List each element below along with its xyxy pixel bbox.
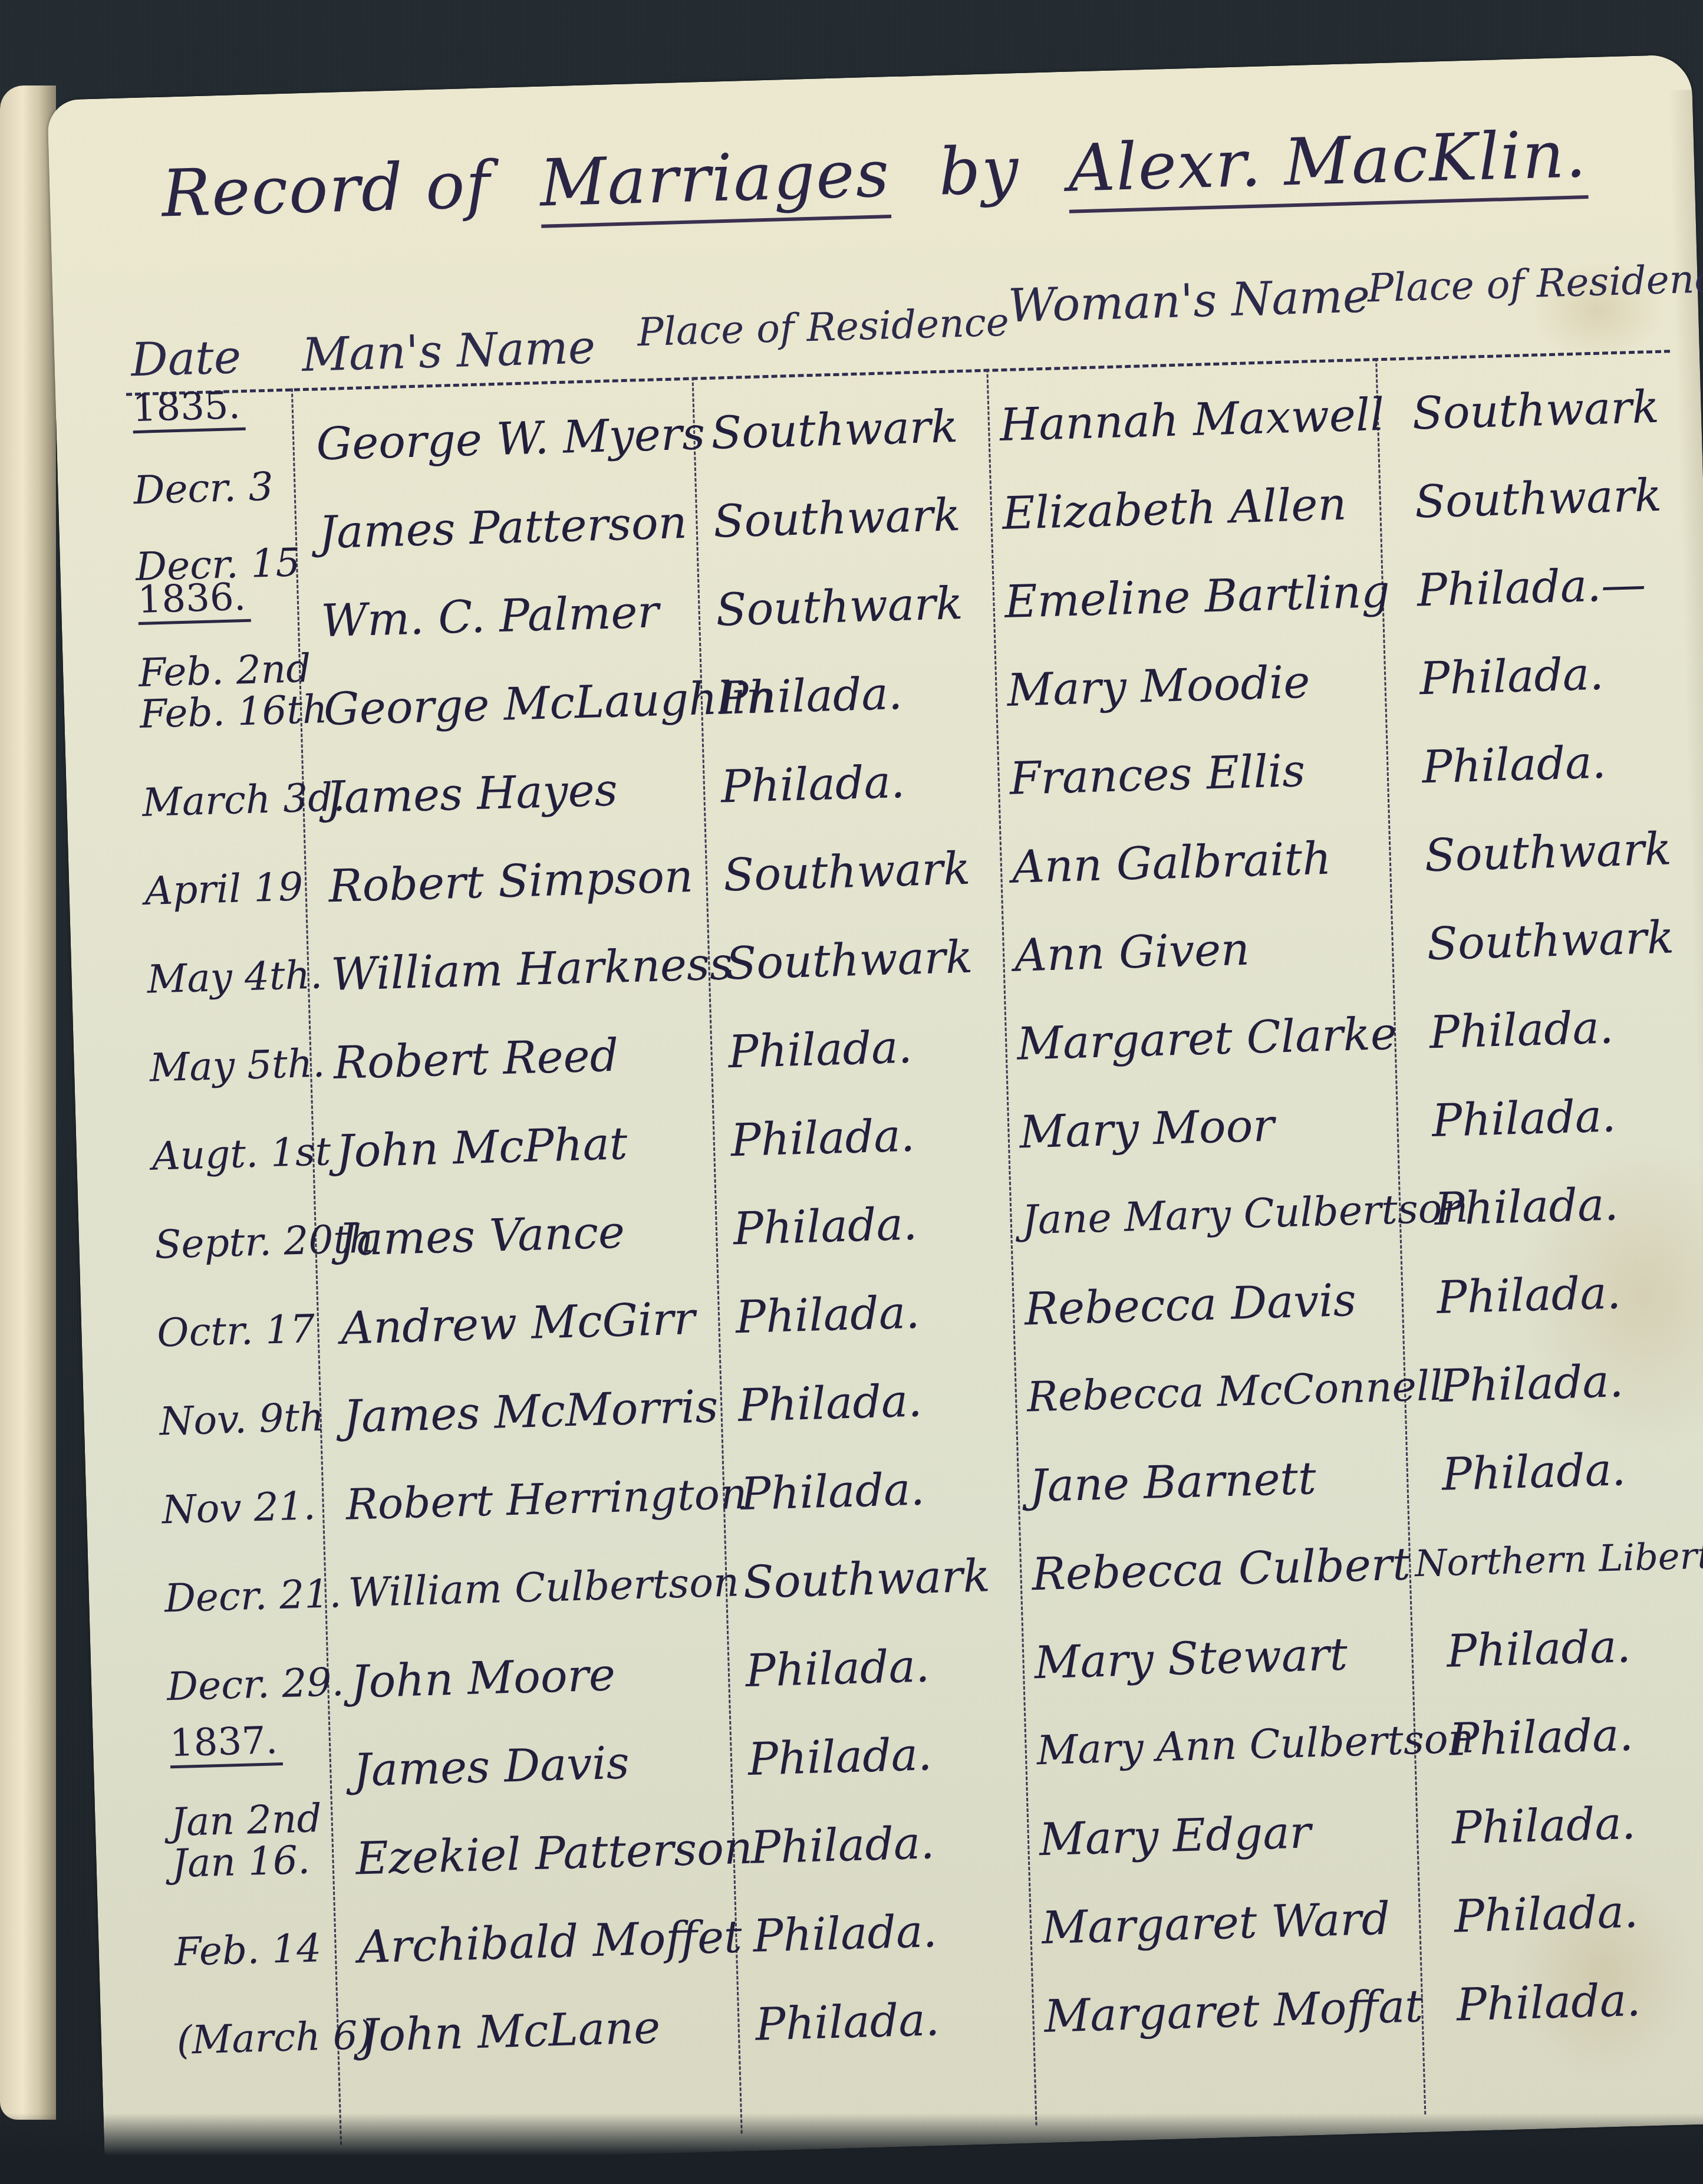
- record-man-residence: Philada.: [736, 1972, 1039, 2068]
- record-date: April 19: [139, 842, 305, 935]
- header-mans-name: Man's Name: [301, 321, 596, 382]
- record-man-residence: Philada.: [700, 646, 1003, 742]
- record-date: Feb. 16th: [134, 666, 300, 759]
- book-bottom-edge: [0, 2113, 1703, 2184]
- record-man-residence: Philada.: [722, 1442, 1025, 1538]
- record-woman-residence: Philada.: [1401, 1244, 1703, 1342]
- record-woman-name: Rebecca McConnell: [1014, 1343, 1405, 1442]
- title-record-of: Record of: [161, 147, 492, 232]
- record-woman-residence: Philada.: [1403, 1333, 1703, 1430]
- record-woman-residence: Philada.: [1383, 626, 1703, 723]
- record-woman-residence: Southwark: [1378, 449, 1703, 547]
- record-woman-name: Jane Mary Culbertson: [1009, 1166, 1401, 1265]
- record-man-name: John McPhat: [323, 1096, 714, 1195]
- record-woman-residence: Philada.: [1395, 1068, 1703, 1166]
- header-man-residence: Place of Residence: [637, 300, 1009, 356]
- record-date: Octr. 17: [151, 1284, 317, 1377]
- record-date: Jan 16.: [166, 1815, 332, 1908]
- record-man-name: John Moore: [338, 1627, 729, 1726]
- record-woman-name: Mary Moor: [1006, 1077, 1398, 1176]
- record-woman-name: Margaret Ward: [1029, 1873, 1420, 1972]
- record-woman-residence: Philada.—: [1381, 537, 1703, 635]
- record-woman-name: Mary Edgar: [1026, 1784, 1418, 1883]
- record-woman-name: Rebecca Davis: [1012, 1254, 1403, 1353]
- record-woman-name: Mary Ann Culbertson: [1024, 1696, 1415, 1795]
- record-woman-residence: Philada.: [1405, 1421, 1703, 1519]
- record-man-residence: Southwark: [724, 1530, 1027, 1627]
- record-date: Decr. 21.: [159, 1550, 325, 1643]
- record-woman-residence: Philada.: [1410, 1598, 1703, 1696]
- record-man-name: Archibald Moffet: [345, 1892, 737, 1991]
- record-woman-residence: Philada.: [1412, 1686, 1703, 1784]
- record-man-residence: Philada.: [732, 1795, 1035, 1892]
- record-woman-name: Ann Galbraith: [999, 812, 1391, 911]
- record-man-residence: Philada.: [712, 1088, 1015, 1185]
- record-man-name: James Vance: [325, 1185, 717, 1284]
- record-date: March 3d.: [136, 754, 302, 847]
- record-woman-residence: Southwark: [1388, 802, 1703, 900]
- record-date: Augt. 1st: [146, 1107, 312, 1200]
- record-date: May 4th.: [141, 930, 308, 1024]
- record-woman-residence: Southwark: [1391, 891, 1703, 989]
- record-date: Decr. 29.: [161, 1638, 327, 1731]
- record-man-name: James Davis: [340, 1715, 732, 1814]
- record-man-name: James Patterson: [306, 478, 697, 577]
- record-man-name: William Harkness: [318, 919, 709, 1018]
- record-woman-residence: Philada.: [1393, 979, 1703, 1077]
- record-woman-name: Margaret Moffat: [1031, 1961, 1422, 2060]
- record-man-residence: Southwark: [692, 380, 995, 477]
- record-woman-residence: Philada.: [1420, 1952, 1703, 2050]
- record-man-residence: Philada.: [714, 1176, 1017, 1273]
- record-man-name: Robert Reed: [321, 1008, 712, 1107]
- record-man-name: Robert Simpson: [315, 831, 707, 930]
- record-man-residence: Philada.: [734, 1883, 1037, 1980]
- record-woman-name: Margaret Clarke: [1004, 989, 1395, 1088]
- record-woman-name: Mary Stewart: [1022, 1607, 1413, 1706]
- record-date: (March 6): [171, 1992, 337, 2085]
- title-author: Alexr. MacKlin.: [1067, 116, 1588, 213]
- record-man-residence: Philada.: [719, 1353, 1022, 1450]
- record-man-name: James McMorris: [330, 1361, 722, 1461]
- record-woman-residence: Philada.: [1398, 1156, 1703, 1254]
- page-title: Record of Marriages by Alexr. MacKlin.: [161, 116, 1615, 232]
- record-woman-name: Mary Moodie: [994, 635, 1385, 734]
- record-date: May 5th.: [144, 1019, 310, 1112]
- record-man-residence: Southwark: [704, 823, 1007, 919]
- record-man-name: Wm. C. Palmer: [308, 566, 700, 665]
- record-man-residence: Southwark: [694, 469, 997, 565]
- record-woman-name: Frances Ellis: [997, 723, 1388, 823]
- record-woman-name: Hannah Maxwell: [987, 370, 1378, 469]
- ledger-page: Record of Marriages by Alexr. MacKlin. D…: [47, 54, 1703, 2169]
- record-date: Nov. 9th: [154, 1373, 320, 1466]
- record-woman-name: Rebecca Culbert: [1019, 1519, 1410, 1618]
- record-man-residence: Philada.: [717, 1265, 1020, 1361]
- record-woman-name: Jane Barnett: [1016, 1431, 1408, 1530]
- record-woman-name: Elizabeth Allen: [989, 458, 1381, 557]
- record-man-name: James Hayes: [313, 742, 704, 841]
- record-woman-residence: Philada.: [1415, 1775, 1703, 1873]
- record-man-residence: Philada.: [709, 999, 1012, 1096]
- record-man-name: George McLaughlin: [311, 654, 702, 753]
- record-date: Feb. 14: [169, 1903, 335, 1996]
- record-man-residence: Philada.: [729, 1707, 1032, 1804]
- record-woman-name: Emeline Bartling: [992, 547, 1383, 646]
- record-woman-residence: Philada.: [1418, 1863, 1703, 1961]
- header-date: Date: [130, 331, 242, 387]
- record-man-residence: Southwark: [697, 557, 1000, 654]
- record-man-name: Ezekiel Patterson: [342, 1804, 734, 1903]
- record-man-residence: Philada.: [727, 1619, 1030, 1715]
- record-man-name: George W. Myers: [303, 389, 694, 488]
- record-woman-residence: Philada.: [1385, 714, 1703, 812]
- record-man-residence: Philada.: [702, 734, 1005, 831]
- record-man-name: William Culbertson: [335, 1538, 727, 1637]
- header-womans-name: Woman's Name: [1007, 269, 1371, 333]
- page-stack-edges: [0, 85, 56, 2120]
- title-by: by: [938, 132, 1020, 210]
- record-man-name: John McLane: [348, 1981, 739, 2080]
- record-date: Septr. 20th: [149, 1196, 315, 1289]
- header-woman-residence: Place of Residence: [1367, 255, 1703, 311]
- record-date: Nov 21.: [156, 1461, 322, 1554]
- record-man-residence: Southwark: [707, 911, 1010, 1008]
- title-marriages: Marriages: [539, 136, 891, 228]
- record-woman-name: Ann Given: [1002, 900, 1393, 999]
- record-woman-residence: Southwark: [1376, 360, 1703, 458]
- record-man-name: Andrew McGirr: [328, 1273, 719, 1372]
- record-man-name: Robert Herrington: [333, 1450, 724, 1549]
- record-woman-residence: Northern Liberties: [1408, 1511, 1703, 1608]
